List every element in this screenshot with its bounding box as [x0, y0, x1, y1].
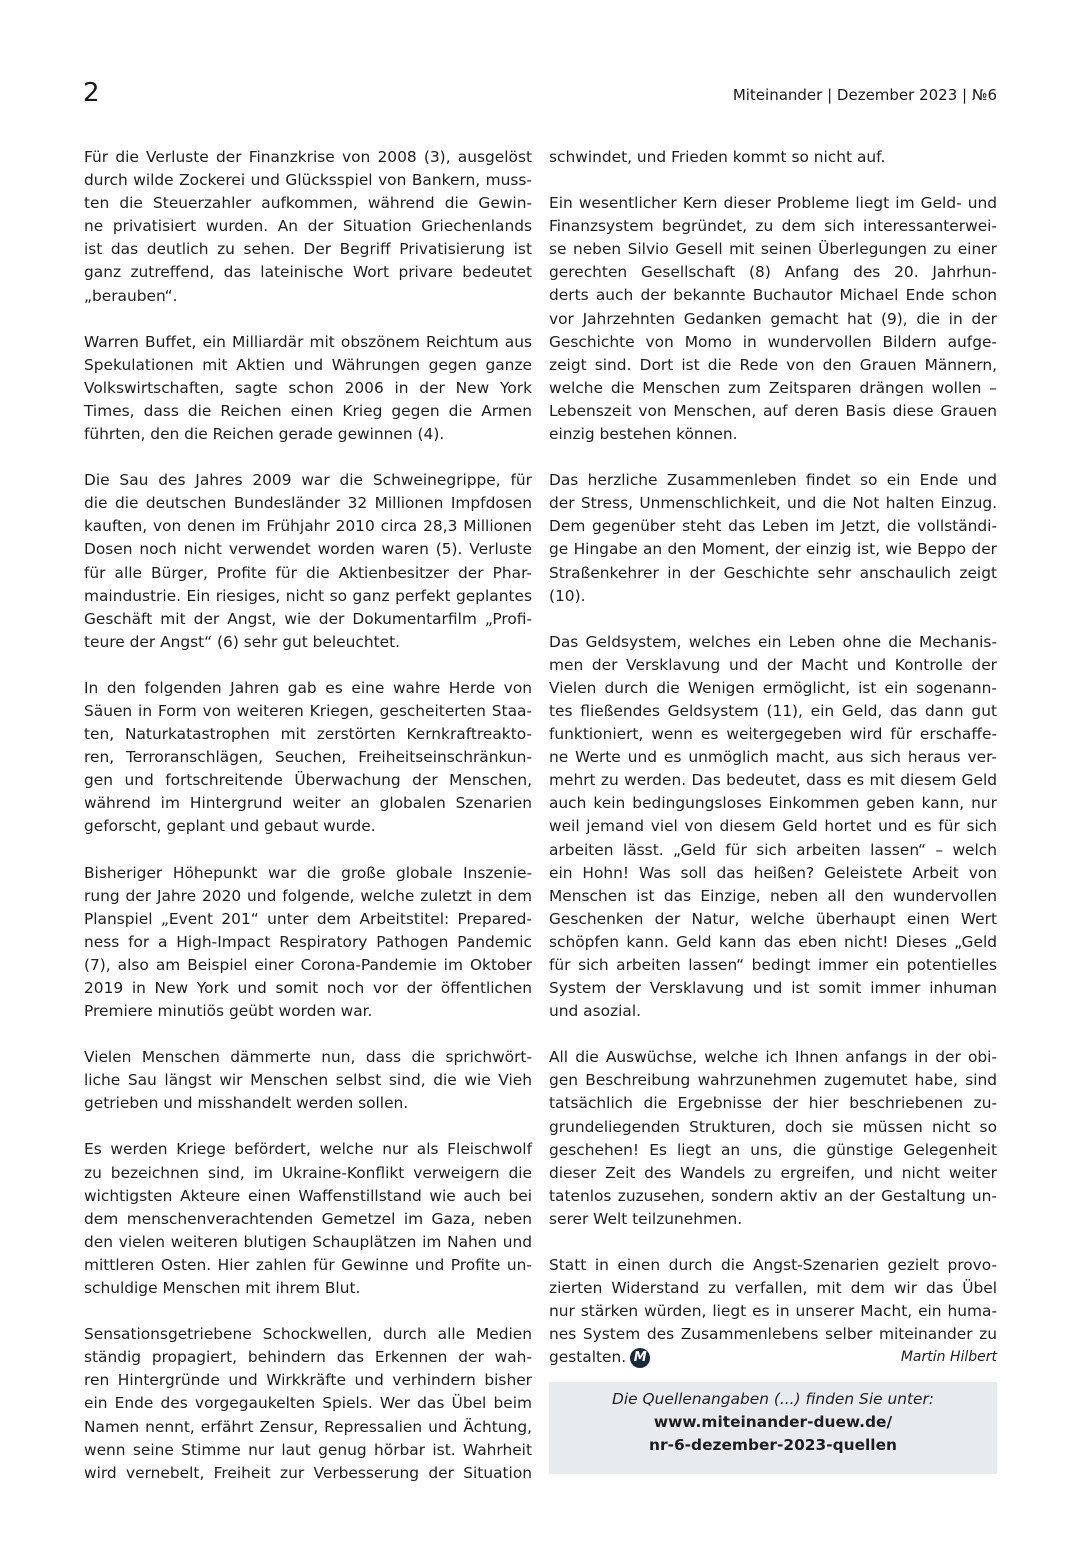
text-line: gerechten Gesellschaft (8) Anfang des 20… — [549, 261, 997, 284]
text-line: „berauben“. — [84, 285, 532, 308]
paragraph: Statt in einen durch die Angst-Szenarien… — [549, 1254, 997, 1369]
paragraph: Für die Verluste der Finanzkrise von 200… — [84, 146, 532, 308]
running-head: Miteinander | Dezember 2023 | №6 — [733, 86, 997, 104]
sources-url-line-1[interactable]: www.miteinander-duew.de/ — [549, 1411, 997, 1434]
text-line: Das herzliche Zusammenleben findet so ei… — [549, 469, 997, 492]
article-column-right: schwindet, und Frieden kommt so nicht au… — [549, 146, 997, 1393]
text-line: ist das deutlich zu sehen. Der Begriff P… — [84, 238, 532, 261]
text-line: rung der Jahre 2020 und folgende, welche… — [84, 885, 532, 908]
text-line: Die Sau des Jahres 2009 war die Schweine… — [84, 469, 532, 492]
text-line: mittleren Osten. Hier zahlen für Gewinne… — [84, 1254, 532, 1277]
text-line: Finanzsystem begründet, zu dem sich inte… — [549, 215, 997, 238]
text-line: vor Jahrzehnten Gedanken gemacht hat (9)… — [549, 308, 997, 331]
text-line: während im Hintergrund weiter an globale… — [84, 792, 532, 815]
paragraph: Es werden Kriege befördert, welche nur a… — [84, 1138, 532, 1300]
text-line: tes fließendes Geldsystem (11), ein Geld… — [549, 700, 997, 723]
text-line: Menschen ist das Einzige, neben all den … — [549, 885, 997, 908]
paragraph: Die Sau des Jahres 2009 war die Schweine… — [84, 469, 532, 654]
text-line: getrieben und misshandelt werden sollen. — [84, 1092, 532, 1115]
text-line: Premiere minutiös geübt worden war. — [84, 1000, 532, 1023]
text-line: Dem gegenüber steht das Leben im Jetzt, … — [549, 515, 997, 538]
text-line: schöpfen kann. Geld kann das eben nicht!… — [549, 931, 997, 954]
paragraph: In den folgenden Jahren gab es eine wahr… — [84, 677, 532, 839]
text-line: liche Sau längst wir Menschen selbst sin… — [84, 1069, 532, 1092]
text-line: Vielen Menschen dämmerte nun, dass die s… — [84, 1046, 532, 1069]
text-line: Ein wesentlicher Kern dieser Probleme li… — [549, 192, 997, 215]
text-line: nes System des Zusammenlebens selber mit… — [549, 1323, 997, 1346]
text-line: tatenlos zuzusehen, sondern aktiv an der… — [549, 1185, 997, 1208]
text-line: All die Auswüchse, welche ich Ihnen anfa… — [549, 1046, 997, 1069]
text-line: Geschenken der Natur, welche überhaupt e… — [549, 908, 997, 931]
text-line: der Stress, Unmenschlichkeit, und die No… — [549, 492, 997, 515]
text-line: men der Versklavung und der Macht und Ko… — [549, 654, 997, 677]
text-line: derts auch der bekannte Buchautor Michae… — [549, 284, 997, 307]
text-line: schwindet, und Frieden kommt so nicht au… — [549, 146, 997, 169]
text-line: den vielen weiteren blutigen Schauplätze… — [84, 1231, 532, 1254]
text-line: ten die Steuerzahler aufkommen, während … — [84, 192, 532, 215]
text-line: ness for a High-Impact Respiratory Patho… — [84, 931, 532, 954]
text-line: zeigt sind. Dort ist die Rede von den Gr… — [549, 354, 997, 377]
text-line: Warren Buffet, ein Milliardär mit obszön… — [84, 331, 532, 354]
miteinander-logo-icon: M — [630, 1348, 650, 1368]
text-line: ganz zutreffend, das lateinische Wort pr… — [84, 261, 532, 284]
text-line: gen und fortschreitende Überwachung der … — [84, 769, 532, 792]
text-line: mehrt zu werden. Das bedeutet, dass es m… — [549, 769, 997, 792]
text-line: ge Hingabe an den Moment, der einzig ist… — [549, 538, 997, 561]
text-line: zierten Widerstand zu verfallen, mit dem… — [549, 1277, 997, 1300]
text-line: Das Geldsystem, welches ein Leben ohne d… — [549, 631, 997, 654]
text-line: arbeiten lässt. „Geld für sich arbeiten … — [549, 839, 997, 862]
text-line: dem menschenverachtenden Gemetzel im Gaz… — [84, 1208, 532, 1231]
sources-box: Die Quellenangaben (...) finden Sie unte… — [549, 1382, 997, 1474]
text-line: Es werden Kriege befördert, welche nur a… — [84, 1138, 532, 1161]
sources-url-line-2[interactable]: nr-6-dezember-2023-quellen — [549, 1434, 997, 1457]
article-column-left: Für die Verluste der Finanzkrise von 200… — [84, 146, 532, 1508]
text-line: Spekulationen mit Aktien und Währungen g… — [84, 354, 532, 377]
closing-text-wrap: gestalten.M — [549, 1346, 650, 1369]
text-line: ständig propagiert, behindern das Erkenn… — [84, 1346, 532, 1369]
text-line: Straßenkehrer in der Geschichte sehr ans… — [549, 562, 997, 585]
text-line: funktioniert, wenn es weitergegeben wird… — [549, 723, 997, 746]
paragraph: Ein wesentlicher Kern dieser Probleme li… — [549, 192, 997, 446]
paragraph: Bisheriger Höhepunkt war die große globa… — [84, 862, 532, 1024]
closing-text: gestalten. — [549, 1348, 626, 1366]
text-line: Dosen noch nicht verwendet worden waren … — [84, 538, 532, 561]
text-line: 2019 in New York und somit noch vor der … — [84, 977, 532, 1000]
text-line: wird vernebelt, Freiheit zur Verbesserun… — [84, 1462, 532, 1485]
text-line: welche die Menschen zum Zeitsparen dräng… — [549, 377, 997, 400]
page-number: 2 — [83, 78, 100, 108]
paragraph: Das herzliche Zusammenleben findet so ei… — [549, 469, 997, 608]
text-line: einzig bestehen können. — [549, 423, 997, 446]
signature-line: gestalten.MMartin Hilbert — [549, 1346, 997, 1369]
text-line: se neben Silvio Gesell mit seinen Überle… — [549, 238, 997, 261]
text-line: schuldige Menschen mit ihrem Blut. — [84, 1277, 532, 1300]
text-line: dieser Zeit des Wandels zu ergreifen, un… — [549, 1162, 997, 1185]
text-line: maindustrie. Ein riesiges, nicht so ganz… — [84, 585, 532, 608]
text-line: Volkswirtschaften, sagte schon 2006 in d… — [84, 377, 532, 400]
text-line: In den folgenden Jahren gab es eine wahr… — [84, 677, 532, 700]
text-line: Bisheriger Höhepunkt war die große globa… — [84, 862, 532, 885]
text-line: für sich arbeiten lassen“ bedingt immer … — [549, 954, 997, 977]
text-line: ne Werte und es unmöglich macht, aus sic… — [549, 746, 997, 769]
text-line: (10). — [549, 585, 997, 608]
text-line: Vielen durch die Wenigen ermöglicht, ist… — [549, 677, 997, 700]
text-line: kauften, von denen im Frühjahr 2010 circ… — [84, 515, 532, 538]
text-line: auch kein bedingungsloses Einkommen gebe… — [549, 792, 997, 815]
text-line: Säuen in Form von weiteren Kriegen, gesc… — [84, 700, 532, 723]
text-line: (7), also am Beispiel einer Corona-Pande… — [84, 954, 532, 977]
text-line: wichtigsten Akteure einen Waffenstillsta… — [84, 1185, 532, 1208]
text-line: Geschäft mit der Angst, wie der Dokument… — [84, 608, 532, 631]
text-line: und asozial. — [549, 1000, 997, 1023]
text-line: System der Versklavung und ist somit imm… — [549, 977, 997, 1000]
paragraph: Sensationsgetriebene Schockwellen, durch… — [84, 1323, 532, 1485]
text-line: die die deutschen Bundesländer 32 Millio… — [84, 492, 532, 515]
text-line: ein Hohn! Was soll das heißen? Geleistet… — [549, 862, 997, 885]
text-line: Sensationsgetriebene Schockwellen, durch… — [84, 1323, 532, 1346]
text-line: für alle Bürger, Profite für die Aktienb… — [84, 562, 532, 585]
text-line: wenn seine Stimme nur laut genug hörbar … — [84, 1439, 532, 1462]
text-line: führten, den die Reichen gerade gewinnen… — [84, 423, 532, 446]
paragraph: Das Geldsystem, welches ein Leben ohne d… — [549, 631, 997, 1024]
paragraph: Warren Buffet, ein Milliardär mit obszön… — [84, 331, 532, 446]
text-line: teure der Angst“ (6) sehr gut beleuchtet… — [84, 631, 532, 654]
text-line: weil jemand viel von diesem Geld hortet … — [549, 815, 997, 838]
text-line: zu bezeichnen sind, im Ukraine-Konflikt … — [84, 1162, 532, 1185]
text-line: tatsächlich die Ergebnisse der hier besc… — [549, 1092, 997, 1115]
text-line: Namen nennt, erfährt Zensur, Repressalie… — [84, 1416, 532, 1439]
text-line: geschehen! Es liegt an uns, die günstige… — [549, 1139, 997, 1162]
paragraph: Vielen Menschen dämmerte nun, dass die s… — [84, 1046, 532, 1115]
author-name: Martin Hilbert — [901, 1346, 997, 1369]
text-line: Lebenszeit von Menschen, auf deren Basis… — [549, 400, 997, 423]
text-line: ren Hintergründe und Wirkkräfte und verh… — [84, 1369, 532, 1392]
text-line: Planspiel „Event 201“ unter dem Arbeitst… — [84, 908, 532, 931]
text-line: ein Ende des vorgegaukelten Spiels. Wer … — [84, 1392, 532, 1415]
text-line: grundeliegenden Strukturen, doch sie müs… — [549, 1116, 997, 1139]
text-line: ren, Terroranschlägen, Seuchen, Freiheit… — [84, 746, 532, 769]
paragraph: schwindet, und Frieden kommt so nicht au… — [549, 146, 997, 169]
text-line: durch wilde Zockerei und Glücksspiel von… — [84, 169, 532, 192]
text-line: Für die Verluste der Finanzkrise von 200… — [84, 146, 532, 169]
text-line: Times, dass die Reichen einen Krieg gege… — [84, 400, 532, 423]
text-line: nur stärken würden, liegt es in unserer … — [549, 1300, 997, 1323]
text-line: geforscht, geplant und gebaut wurde. — [84, 815, 532, 838]
text-line: Statt in einen durch die Angst-Szenarien… — [549, 1254, 997, 1277]
text-line: gen Beschreibung wahrzunehmen zugemutet … — [549, 1069, 997, 1092]
text-line: Geschichte von Momo in wundervollen Bild… — [549, 331, 997, 354]
text-line: serer Welt teilzunehmen. — [549, 1208, 997, 1231]
paragraph: All die Auswüchse, welche ich Ihnen anfa… — [549, 1046, 997, 1231]
text-line: ne privatisiert wurden. An der Situation… — [84, 215, 532, 238]
text-line: ten, Naturkatastrophen mit zerstörten Ke… — [84, 723, 532, 746]
sources-intro: Die Quellenangaben (...) finden Sie unte… — [549, 1388, 997, 1411]
